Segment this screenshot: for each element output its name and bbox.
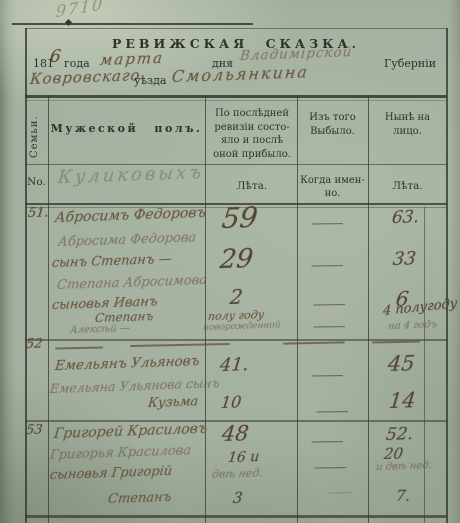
prev-age: 48 [221, 421, 250, 446]
owner-name-scrawl: Куликовыхъ [57, 162, 205, 188]
prev-age: 10 [220, 392, 242, 412]
person-name-line2: Кузьма [147, 394, 199, 411]
male-column-header: Мужеской полъ. [48, 122, 205, 135]
departed-column-rule [368, 95, 369, 523]
departed-dash: — [328, 486, 354, 499]
person-name: Степана Абросимова [56, 273, 208, 293]
dash-mark [372, 340, 420, 343]
now-age: 7. [395, 486, 411, 505]
prev-age-line2: двѣ нед. [211, 466, 263, 481]
province-handwritten: Владимірской [239, 44, 353, 64]
prev-age: 2 [229, 285, 244, 310]
departed-dash: — [314, 402, 350, 420]
now-age: 33 [392, 248, 417, 270]
when-header-line2: но. [299, 187, 366, 200]
prev-age: 41. [219, 354, 250, 376]
dash-mark [55, 346, 103, 349]
prev-age-line2: новорожденной [202, 320, 281, 333]
present-column-header: Нынѣ на лицо. [371, 111, 444, 139]
name-column-rule [205, 95, 206, 523]
departed-dash: — [309, 256, 345, 274]
person-name: Емельяна Ульянова сынъ [49, 375, 220, 396]
row53-bottom-rule [25, 515, 447, 518]
years-header-left: Лѣта. [209, 180, 295, 192]
place-handwritten: Смольянкина [171, 62, 310, 86]
family-column-header: Семьи. [29, 106, 40, 158]
prev-age: 3 [232, 489, 243, 507]
prev-column-header-line1: По послѣдней [209, 107, 295, 121]
county-label: уѣзда [134, 74, 166, 87]
person-name: Емельянъ Ульяновъ [54, 353, 200, 374]
now-age: 14 [388, 388, 417, 413]
departed-dash: — [309, 366, 345, 384]
now-age-line2: на 4 годъ [387, 319, 437, 332]
table-top-rule [25, 95, 447, 98]
prev-age: 29 [218, 244, 254, 275]
dash-mark [283, 341, 345, 344]
now-age: 45 [387, 351, 416, 376]
person-name: Степанъ [107, 490, 172, 507]
person-name-line2: сынъ Степанъ — [51, 252, 172, 271]
row-number: 52 [25, 336, 43, 352]
prev-age: 16 и [227, 449, 260, 466]
row-number: 53 [25, 422, 43, 438]
prev-age: 59 [220, 201, 259, 235]
pencil-page-number: 9710 [55, 0, 104, 21]
form-title: РЕВИЖСКАЯ СКАЗКА. [25, 36, 447, 51]
present-column-inner-rule [424, 207, 425, 523]
departed-dash: — [309, 432, 345, 450]
prev-column-rule [297, 95, 298, 523]
row-number: 51. [27, 205, 49, 221]
county-handwritten: Ковровскаго [29, 66, 141, 88]
province-label: Губерніи [384, 57, 436, 70]
prev-column-header-line4: оной прибыло. [209, 148, 295, 162]
now-age: 52. [385, 424, 414, 445]
now-age: 63. [391, 207, 420, 228]
prev-column-header-line2: ревизіи состо- [209, 121, 295, 135]
departed-dash: — [309, 214, 345, 232]
when-header-line1: Когда имен- [299, 174, 366, 187]
scanned-document-page: 9710 РЕВИЖСКАЯ СКАЗКА. 181 6 года марта … [0, 0, 460, 523]
year-handwritten: 6 [49, 47, 62, 67]
ornament-rule [12, 23, 253, 25]
departed-dash: — [312, 458, 348, 476]
dash-mark [130, 343, 230, 347]
person-name: Григорья Красилова [49, 443, 192, 463]
form-box-top-rule [25, 28, 447, 29]
departed-column-header: Изъ того Выбыло. [299, 111, 366, 139]
person-name-line2: Алексѣй — [69, 323, 130, 336]
person-name: Григорей Красиловъ [53, 421, 208, 442]
person-name-line2: сыновья Григорій [49, 464, 173, 483]
prev-column-header-line3: яло и послѣ [209, 134, 295, 148]
table-border-left [25, 28, 27, 523]
table-top-rule-2 [25, 100, 447, 101]
person-name: Абросима Федорова [57, 230, 197, 250]
table-border-right [446, 28, 448, 523]
now-age-line2: и двѣ нед. [375, 460, 432, 473]
departed-dash: — [311, 295, 347, 313]
years-header-right: Лѣта. [371, 180, 444, 192]
departed-dash: — [311, 317, 347, 335]
no-column-header: No. [26, 176, 47, 188]
